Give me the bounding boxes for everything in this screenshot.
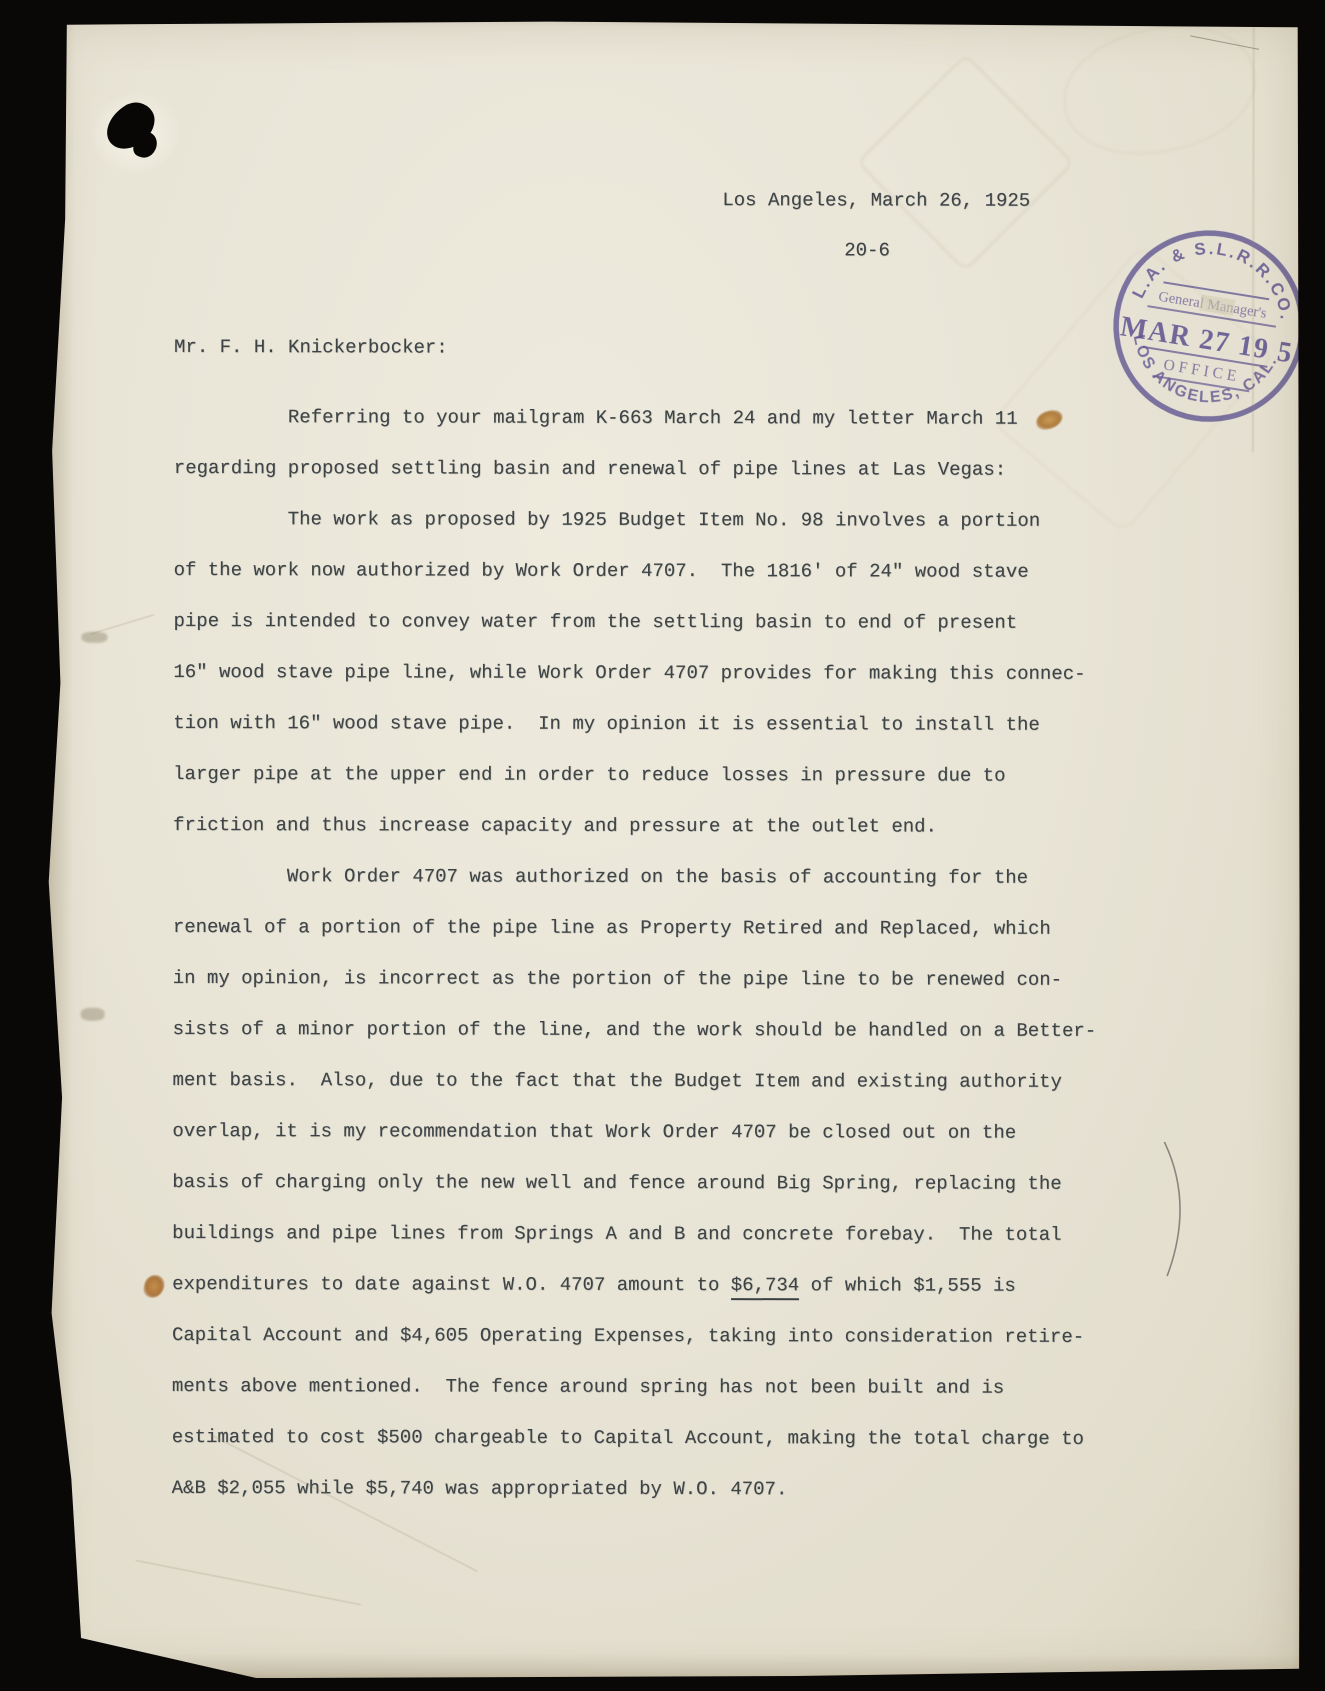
edge-notch [81, 1008, 105, 1021]
letter-dateline: Los Angeles, March 26, 1925 [722, 189, 1030, 212]
pencil-margin-mark [1152, 1138, 1202, 1280]
paper-edge-shade [43, 20, 74, 1678]
letter-line: pipe is intended to convey water from th… [173, 596, 1183, 649]
underlined-amount: $6,734 [731, 1274, 799, 1300]
stamp-fade-smudge [1199, 295, 1235, 316]
letter-line: basis of charging only the new well and … [172, 1157, 1182, 1210]
letter-line: sists of a minor portion of the line, an… [173, 1004, 1183, 1057]
letter-line: Referring to your mailgram K-663 March 2… [174, 392, 1184, 445]
letter-line: estimated to cost $500 chargeable to Cap… [172, 1412, 1182, 1465]
letter-line: ment basis. Also, due to the fact that t… [172, 1055, 1182, 1108]
letter-line: friction and thus increase capacity and … [173, 800, 1183, 853]
paper-edge-shade [43, 1652, 1299, 1681]
paper-crease [136, 1560, 362, 1605]
letter-line: 16" wood stave pipe line, while Work Ord… [173, 647, 1183, 700]
letter-reference-number: 20-6 [844, 239, 890, 261]
letter-line: regarding proposed settling basin and re… [174, 443, 1184, 496]
edge-notch [81, 632, 107, 643]
letter-line: Work Order 4707 was authorized on the ba… [173, 851, 1183, 904]
letter-salutation: Mr. F. H. Knickerbocker: [174, 336, 448, 359]
letter-line: A&B $2,055 while $5,740 was appropriated… [172, 1463, 1182, 1516]
letter-line: renewal of a portion of the pipe line as… [173, 902, 1183, 955]
paper-sheet: Los Angeles, March 26, 1925 20-6 Mr. F. … [43, 20, 1302, 1681]
rust-stain [142, 1273, 166, 1299]
letter-line: expenditures to date against W.O. 4707 a… [172, 1259, 1182, 1312]
letter-line: larger pipe at the upper end in order to… [173, 749, 1183, 802]
letter-line: The work as proposed by 1925 Budget Item… [174, 494, 1184, 547]
letter-line: tion with 16" wood stave pipe. In my opi… [173, 698, 1183, 751]
scanned-letter-page: { "scan": { "background_color": "#090807… [0, 0, 1325, 1691]
letter-line: buildings and pipe lines from Springs A … [172, 1208, 1182, 1261]
letter-line: ments above mentioned. The fence around … [172, 1361, 1182, 1414]
received-stamp: L.A. & S.L.R.R.CO. LOS ANGELES, CAL. Gen… [1083, 200, 1325, 452]
ghost-emboss-mark [1052, 9, 1267, 170]
letter-line: of the work now authorized by Work Order… [174, 545, 1184, 598]
letter-line: overlap, it is my recommendation that Wo… [172, 1106, 1182, 1159]
letter-line: in my opinion, is incorrect as the porti… [173, 953, 1183, 1006]
letter-body: Referring to your mailgram K-663 March 2… [172, 392, 1184, 1516]
letter-line: Capital Account and $4,605 Operating Exp… [172, 1310, 1182, 1363]
